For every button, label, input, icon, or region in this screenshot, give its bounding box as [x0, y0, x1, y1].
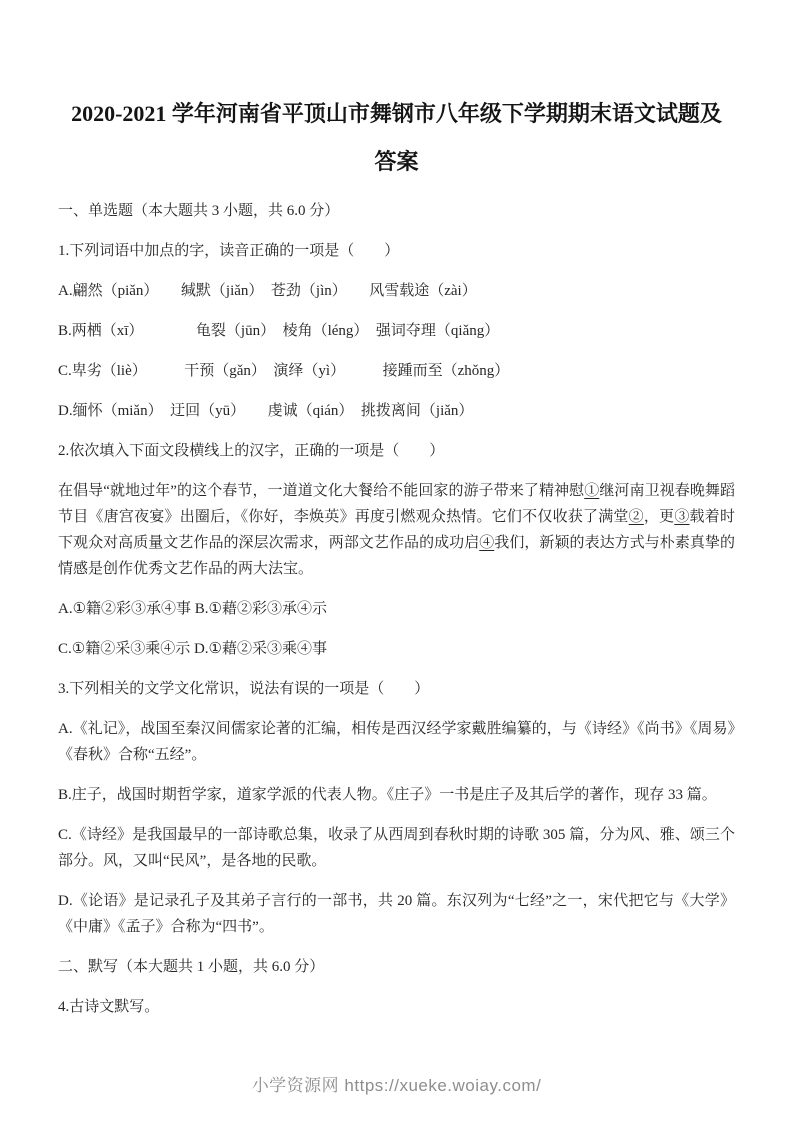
- question-4-stem: 4.古诗文默写。: [58, 994, 735, 1020]
- question-3-option-d: D.《论语》是记录孔子及其弟子言行的一部书，共 20 篇。东汉列为“七经”之一，…: [58, 888, 735, 940]
- question-2-passage: 在倡导“就地过年”的这个春节，一道道文化大餐给不能回家的游子带来了精神慰①继河南…: [58, 478, 735, 582]
- footer-site-name: 小学资源网: [252, 1076, 340, 1095]
- question-2-options-cd: C.①籍②采③乘④示 D.①藉②采③乘④事: [58, 636, 735, 662]
- passage-blank-4: ④: [479, 535, 494, 551]
- passage-blank-1: ①: [584, 483, 599, 499]
- question-2-stem: 2.依次填入下面文段横线上的汉字，正确的一项是（ ）: [58, 438, 735, 464]
- question-3-option-c: C.《诗经》是我国最早的一部诗歌总集，收录了从西周到春秋时期的诗歌 305 篇，…: [58, 822, 735, 874]
- section-1-heading: 一、单选题（本大题共 3 小题，共 6.0 分）: [58, 198, 735, 224]
- question-1-stem: 1.下列词语中加点的字，读音正确的一项是（ ）: [58, 238, 735, 264]
- document-page: 2020-2021 学年河南省平顶山市舞钢市八年级下学期期末语文试题及 答案 一…: [0, 0, 793, 1122]
- section-2-heading: 二、默写（本大题共 1 小题，共 6.0 分）: [58, 954, 735, 980]
- question-2-options-ab: A.①籍②彩③承④事 B.①藉②彩③承④示: [58, 596, 735, 622]
- footer-watermark: 小学资源网 https://xueke.woiay.com/: [0, 1071, 793, 1096]
- title-line-2: 答案: [40, 138, 753, 186]
- title-line-1: 2020-2021 学年河南省平顶山市舞钢市八年级下学期期末语文试题及: [40, 90, 753, 138]
- question-3-option-a: A.《礼记》，战国至秦汉间儒家论著的汇编，相传是西汉经学家戴胜编纂的，与《诗经》…: [58, 716, 735, 768]
- question-3-option-b: B.庄子，战国时期哲学家，道家学派的代表人物。《庄子》一书是庄子及其后学的著作，…: [58, 782, 735, 808]
- question-1-option-d: D.缅怀（miǎn） 迂回（yū） 虔诚（qián） 挑拨离间（jiǎn）: [58, 398, 735, 424]
- question-3-stem: 3.下列相关的文学文化常识，说法有误的一项是（ ）: [58, 676, 735, 702]
- passage-segment: ，更: [644, 509, 674, 525]
- document-body: 一、单选题（本大题共 3 小题，共 6.0 分） 1.下列词语中加点的字，读音正…: [58, 198, 735, 1020]
- page-title: 2020-2021 学年河南省平顶山市舞钢市八年级下学期期末语文试题及 答案: [0, 0, 793, 186]
- question-1-option-a: A.翩然（piǎn） 缄默（jiǎn） 苍劲（jìn） 风雪载途（zài）: [58, 278, 735, 304]
- footer-url: https://xueke.woiay.com/: [344, 1076, 541, 1095]
- passage-blank-3: ③: [674, 509, 689, 525]
- passage-blank-2: ②: [629, 509, 644, 525]
- passage-segment: 在倡导“就地过年”的这个春节，一道道文化大餐给不能回家的游子带来了精神慰: [58, 483, 584, 499]
- question-1-option-c: C.卑劣（liè） 干预（gǎn） 演绎（yì） 接踵而至（zhǒng）: [58, 358, 735, 384]
- question-1-option-b: B.两栖（xī） 龟裂（jūn） 棱角（léng） 强词夺理（qiǎng）: [58, 318, 735, 344]
